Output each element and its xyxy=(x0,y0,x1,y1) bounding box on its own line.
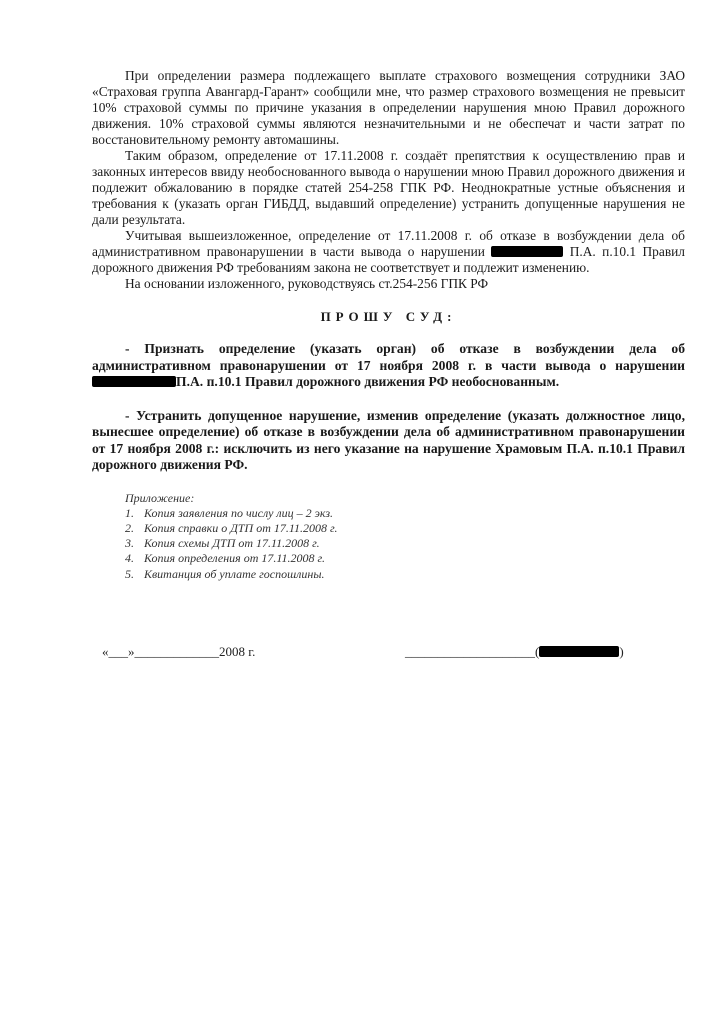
redacted-signature-name xyxy=(539,646,619,657)
appendix-item-text: Квитанция об уплате госпошлины. xyxy=(144,567,324,582)
request-item-2: - Устранить допущенное нарушение, измени… xyxy=(92,408,685,474)
appendix-heading: Приложение: xyxy=(125,491,685,506)
date-line: «___»_____________2008 г. xyxy=(102,644,255,660)
paragraph-conclusion: Учитывая вышеизложенное, определение от … xyxy=(92,228,685,276)
appendix-item-text: Копия заявления по числу лиц – 2 экз. xyxy=(144,506,333,521)
paragraph-basis: На основании изложенного, руководствуясь… xyxy=(92,276,685,292)
appendix-item: 5.Квитанция об уплате госпошлины. xyxy=(125,567,685,582)
appendix-item-text: Копия определения от 17.11.2008 г. xyxy=(144,551,325,566)
paragraph-obstacles: Таким образом, определение от 17.11.2008… xyxy=(92,148,685,228)
appendix-item-text: Копия схемы ДТП от 17.11.2008 г. xyxy=(144,536,320,551)
request-1-text-b: П.А. п.10.1 Правил дорожного движения РФ… xyxy=(176,374,559,389)
request-item-1: - Признать определение (указать орган) о… xyxy=(92,341,685,391)
signature-underline: ____________________( xyxy=(405,644,539,659)
appendix: Приложение: 1.Копия заявления по числу л… xyxy=(125,491,685,582)
appendix-item-text: Копия справки о ДТП от 17.11.2008 г. xyxy=(144,521,338,536)
appendix-item-number: 3. xyxy=(125,536,144,551)
request-title: ПРОШУ СУД: xyxy=(92,309,685,325)
appendix-item: 3.Копия схемы ДТП от 17.11.2008 г. xyxy=(125,536,685,551)
signature-line: ____________________() xyxy=(405,644,624,660)
appendix-item: 1.Копия заявления по числу лиц – 2 экз. xyxy=(125,506,685,521)
appendix-item-number: 4. xyxy=(125,551,144,566)
appendix-item-number: 5. xyxy=(125,567,144,582)
appendix-item: 2.Копия справки о ДТП от 17.11.2008 г. xyxy=(125,521,685,536)
appendix-item: 4.Копия определения от 17.11.2008 г. xyxy=(125,551,685,566)
paragraph-insurance: При определении размера подлежащего выпл… xyxy=(92,68,685,148)
request-1-text-a: - Признать определение (указать орган) о… xyxy=(92,341,685,373)
appendix-item-number: 2. xyxy=(125,521,144,536)
redacted-name xyxy=(92,376,176,387)
document-page: При определении размера подлежащего выпл… xyxy=(92,68,685,582)
appendix-item-number: 1. xyxy=(125,506,144,521)
redacted-name xyxy=(491,246,563,257)
signature-close: ) xyxy=(619,644,623,659)
appendix-list: 1.Копия заявления по числу лиц – 2 экз.2… xyxy=(125,506,685,582)
